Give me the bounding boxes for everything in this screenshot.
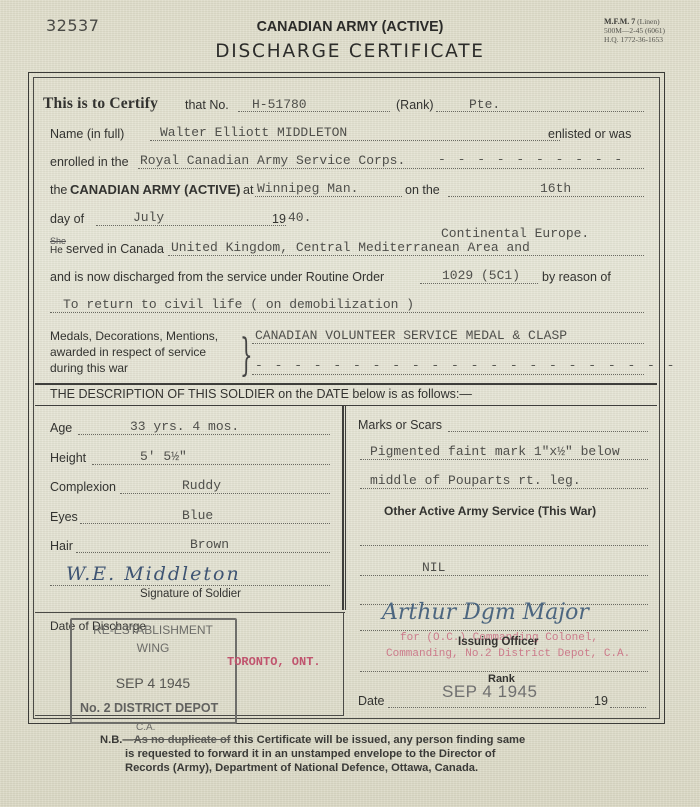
dotted-line — [120, 493, 330, 494]
dotted-line — [96, 225, 286, 226]
dotted-line — [360, 575, 648, 576]
dotted-line — [448, 196, 644, 197]
enlistment-year: 40. — [288, 210, 311, 225]
enlistment-day: 16th — [540, 181, 571, 196]
enlistment-month: July — [133, 210, 164, 225]
dotted-line — [360, 630, 648, 631]
dotted-line — [255, 196, 402, 197]
marks-label: Marks or Scars — [358, 418, 442, 432]
routine-order: 1029 (5C1) — [442, 268, 520, 283]
served-label: served in Canada — [66, 242, 164, 256]
the-label: the — [50, 183, 67, 197]
form-code-line3: H.Q. 1772-36-1653 — [604, 35, 665, 44]
dotted-line — [360, 545, 648, 546]
age-label: Age — [50, 421, 72, 435]
corps-name: Royal Canadian Army Service Corps. — [140, 153, 405, 168]
issuing-officer-label: Issuing Officer — [458, 636, 539, 648]
form-code-suffix: (Linen) — [637, 17, 660, 26]
brace-symbol: } — [240, 334, 253, 378]
served-locations: United Kingdom, Central Mediterranean Ar… — [171, 240, 530, 255]
rank-label: (Rank) — [396, 98, 434, 112]
dotted-line — [252, 343, 644, 344]
officer-stamp-line2: Commanding, No.2 District Depot, C.A. — [386, 648, 630, 660]
dotted-line — [610, 707, 646, 708]
form-code-line2: 500M—2-45 (6061) — [604, 26, 665, 35]
name-label: Name (in full) — [50, 127, 124, 141]
dotted-line — [420, 283, 538, 284]
hair-value: Brown — [190, 537, 229, 552]
dotted-line — [138, 168, 644, 169]
date-stamp: SEP 4 1945 — [442, 682, 537, 702]
hair-label: Hair — [50, 539, 73, 553]
complexion-label: Complexion — [50, 480, 116, 494]
medals-dashes: - - - - - - - - - - - - - - - - - - - - … — [255, 358, 676, 373]
marks-line2: middle of Pouparts rt. leg. — [370, 473, 581, 488]
signature-of-soldier-label: Signature of Soldier — [140, 588, 241, 600]
enrolled-label: enrolled in the — [50, 155, 129, 169]
form-code-number: M.F.M. 7 — [604, 17, 635, 26]
marks-line1: Pigmented faint mark 1"x½" below — [370, 444, 620, 459]
soldier-signature: W.E. Middleton — [66, 563, 241, 585]
dotted-line — [92, 464, 330, 465]
at-label: at — [243, 183, 253, 197]
height-label: Height — [50, 451, 86, 465]
certificate-title: DISCHARGE CERTIFICATE — [0, 41, 700, 62]
medals-label-line2: awarded in respect of service — [50, 345, 206, 359]
stamp-line1: RE-ESTABLISHMENT — [88, 623, 218, 637]
corps-dashes: - - - - - - - - - - — [438, 152, 624, 167]
dotted-line — [78, 434, 330, 435]
service-number: H-51780 — [252, 97, 307, 112]
dotted-line — [436, 111, 644, 112]
medals-value: CANADIAN VOLUNTEER SERVICE MEDAL & CLASP — [255, 328, 567, 343]
eyes-value: Blue — [182, 508, 213, 523]
soldier-name: Walter Elliott MIDDLETON — [160, 125, 347, 140]
description-column-divider — [342, 405, 344, 610]
officer-signature: Arthur Dgm Major — [382, 600, 589, 625]
dotted-line — [360, 459, 648, 460]
footer-note: N.B.—As no duplicate of this Certificate… — [100, 733, 525, 775]
reason-label: by reason of — [542, 270, 611, 284]
medals-label: Medals, Decorations, Mentions, awarded i… — [50, 328, 218, 376]
dotted-line — [168, 255, 644, 256]
nb-struck-text: As no duplicate of — [134, 734, 231, 746]
dotted-line — [448, 431, 648, 432]
date-year-label: 19 — [594, 694, 608, 708]
dotted-line — [150, 140, 560, 141]
year-prefix: 19 — [272, 212, 286, 226]
discharge-reason: To return to civil life ( on demobilizat… — [63, 297, 414, 312]
age-value: 33 yrs. 4 mos. — [130, 419, 239, 434]
enlisted-label: enlisted or was — [548, 127, 631, 141]
description-column-divider-2 — [345, 405, 346, 610]
army-name-label: CANADIAN ARMY (ACTIVE) — [70, 182, 240, 197]
other-service-value: NIL — [422, 560, 445, 575]
enlistment-place: Winnipeg Man. — [257, 181, 358, 196]
army-title: CANADIAN ARMY (ACTIVE) — [18, 18, 683, 35]
dotted-line — [50, 312, 644, 313]
pronoun: He — [50, 245, 63, 256]
stamp-date: SEP 4 1945 — [88, 675, 218, 691]
dotted-line — [76, 552, 330, 553]
served-continental-europe: Continental Europe. — [441, 226, 589, 241]
eyes-label: Eyes — [50, 510, 78, 524]
that-no-label: that No. — [185, 98, 229, 112]
stamp-depot: No. 2 DISTRICT DEPOT — [80, 701, 218, 715]
other-service-label: Other Active Army Service (This War) — [384, 504, 596, 518]
form-code: M.F.M. 7 (Linen) 500M—2-45 (6061) H.Q. 1… — [604, 17, 665, 44]
medals-divider — [35, 383, 657, 385]
dotted-line — [50, 585, 330, 586]
dotted-line — [80, 523, 330, 524]
medals-label-line1: Medals, Decorations, Mentions, — [50, 329, 218, 343]
dotted-line — [360, 671, 648, 672]
medals-label-line3: during this war — [50, 361, 128, 375]
rank-value: Pte. — [469, 97, 500, 112]
dotted-line — [252, 374, 644, 375]
nb-line3: Records (Army), Department of National D… — [100, 761, 525, 775]
nb-prefix: N.B.— — [100, 734, 134, 746]
nb-line2: is requested to forward it in an unstamp… — [100, 747, 525, 761]
day-of-label: day of — [50, 212, 84, 226]
description-divider — [35, 405, 657, 406]
discharged-label: and is now discharged from the service u… — [50, 270, 384, 284]
certify-label: This is to Certify — [43, 95, 158, 113]
nb-line1: this Certificate will be issued, any per… — [231, 734, 526, 746]
stamp-ca: C.A. — [136, 722, 155, 733]
height-value: 5' 5½" — [140, 449, 187, 464]
description-heading: THE DESCRIPTION OF THIS SOLDIER on the D… — [50, 387, 472, 401]
stamp-line2: WING — [88, 641, 218, 655]
complexion-value: Ruddy — [182, 478, 221, 493]
on-the-label: on the — [405, 183, 440, 197]
dotted-line — [360, 488, 648, 489]
date-label: Date — [358, 694, 384, 708]
dotted-line — [388, 707, 594, 708]
toronto-stamp: TORONTO, ONT. — [227, 655, 321, 669]
